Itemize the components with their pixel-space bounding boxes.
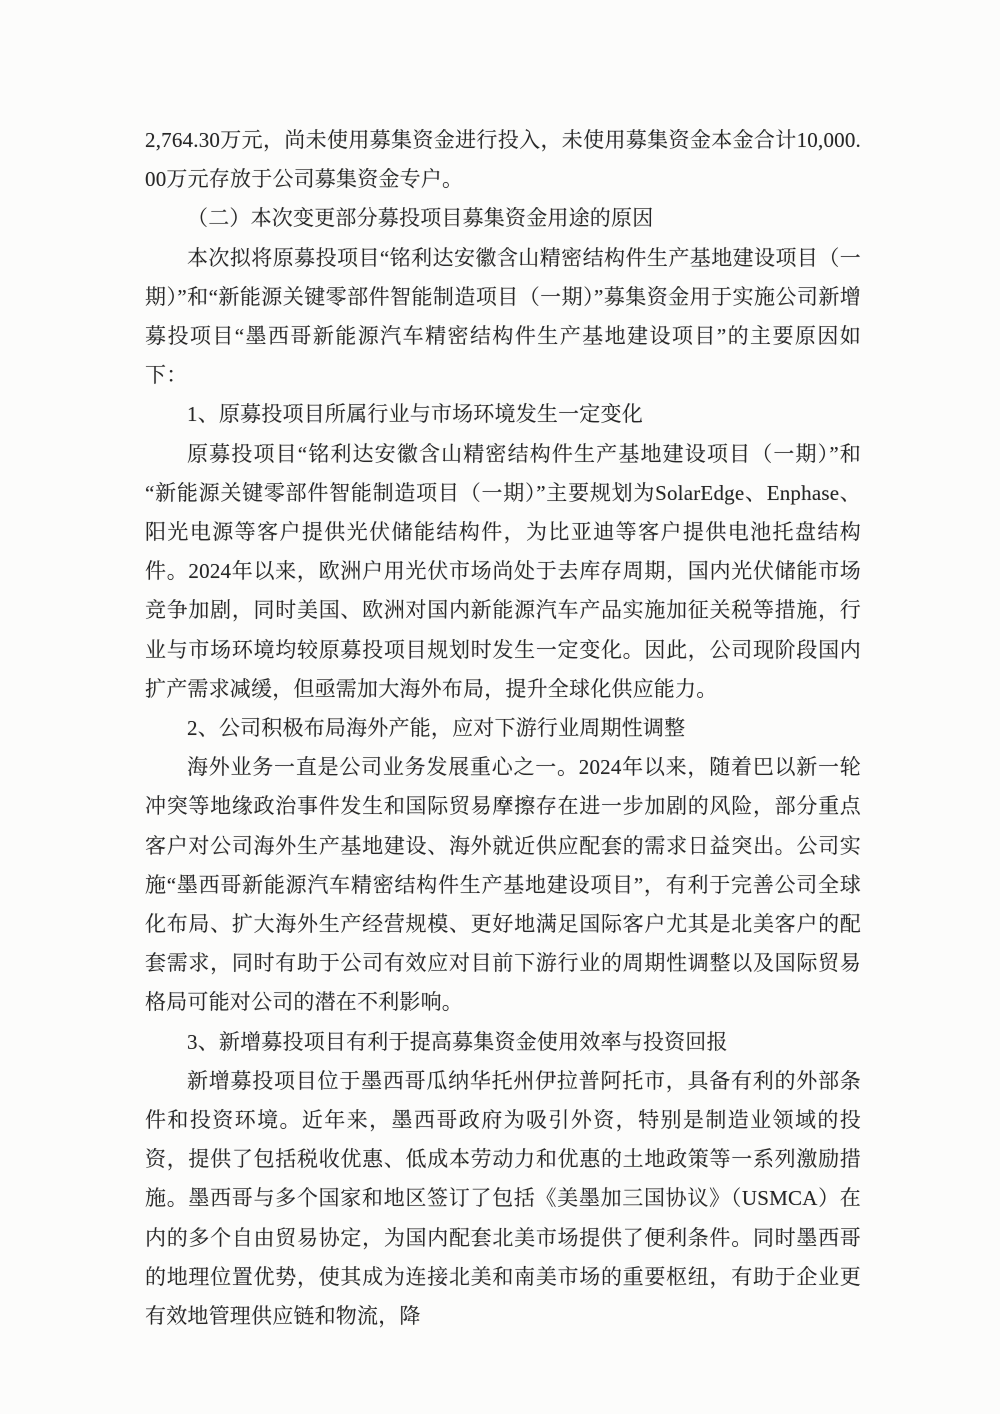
sub-heading-3: 3、新增募投项目有利于提高募集资金使用效率与投资回报 [145, 1023, 861, 1062]
paragraph-continued: 2,764.30万元，尚未使用募集资金进行投入，未使用募集资金本金合计10,00… [145, 121, 861, 199]
paragraph: 本次拟将原募投项目“铭利达安徽含山精密结构件生产基地建设项目（一期）”和“新能源… [145, 239, 861, 396]
sub-heading-1: 1、原募投项目所属行业与市场环境发生一定变化 [145, 395, 861, 434]
section-heading: （二）本次变更部分募投项目募集资金用途的原因 [145, 199, 861, 238]
paragraph: 新增募投项目位于墨西哥瓜纳华托州伊拉普阿托市，具备有利的外部条件和投资环境。近年… [145, 1062, 861, 1336]
paragraph: 海外业务一直是公司业务发展重心之一。2024年以来，随着巴以新一轮冲突等地缘政治… [145, 748, 861, 1022]
document-page: 2,764.30万元，尚未使用募集资金进行投入，未使用募集资金本金合计10,00… [0, 0, 1000, 1414]
sub-heading-2: 2、公司积极布局海外产能，应对下游行业周期性调整 [145, 709, 861, 748]
paragraph: 原募投项目“铭利达安徽含山精密结构件生产基地建设项目（一期）”和“新能源关键零部… [145, 435, 861, 709]
document-text-block: 2,764.30万元，尚未使用募集资金进行投入，未使用募集资金本金合计10,00… [145, 121, 861, 1336]
